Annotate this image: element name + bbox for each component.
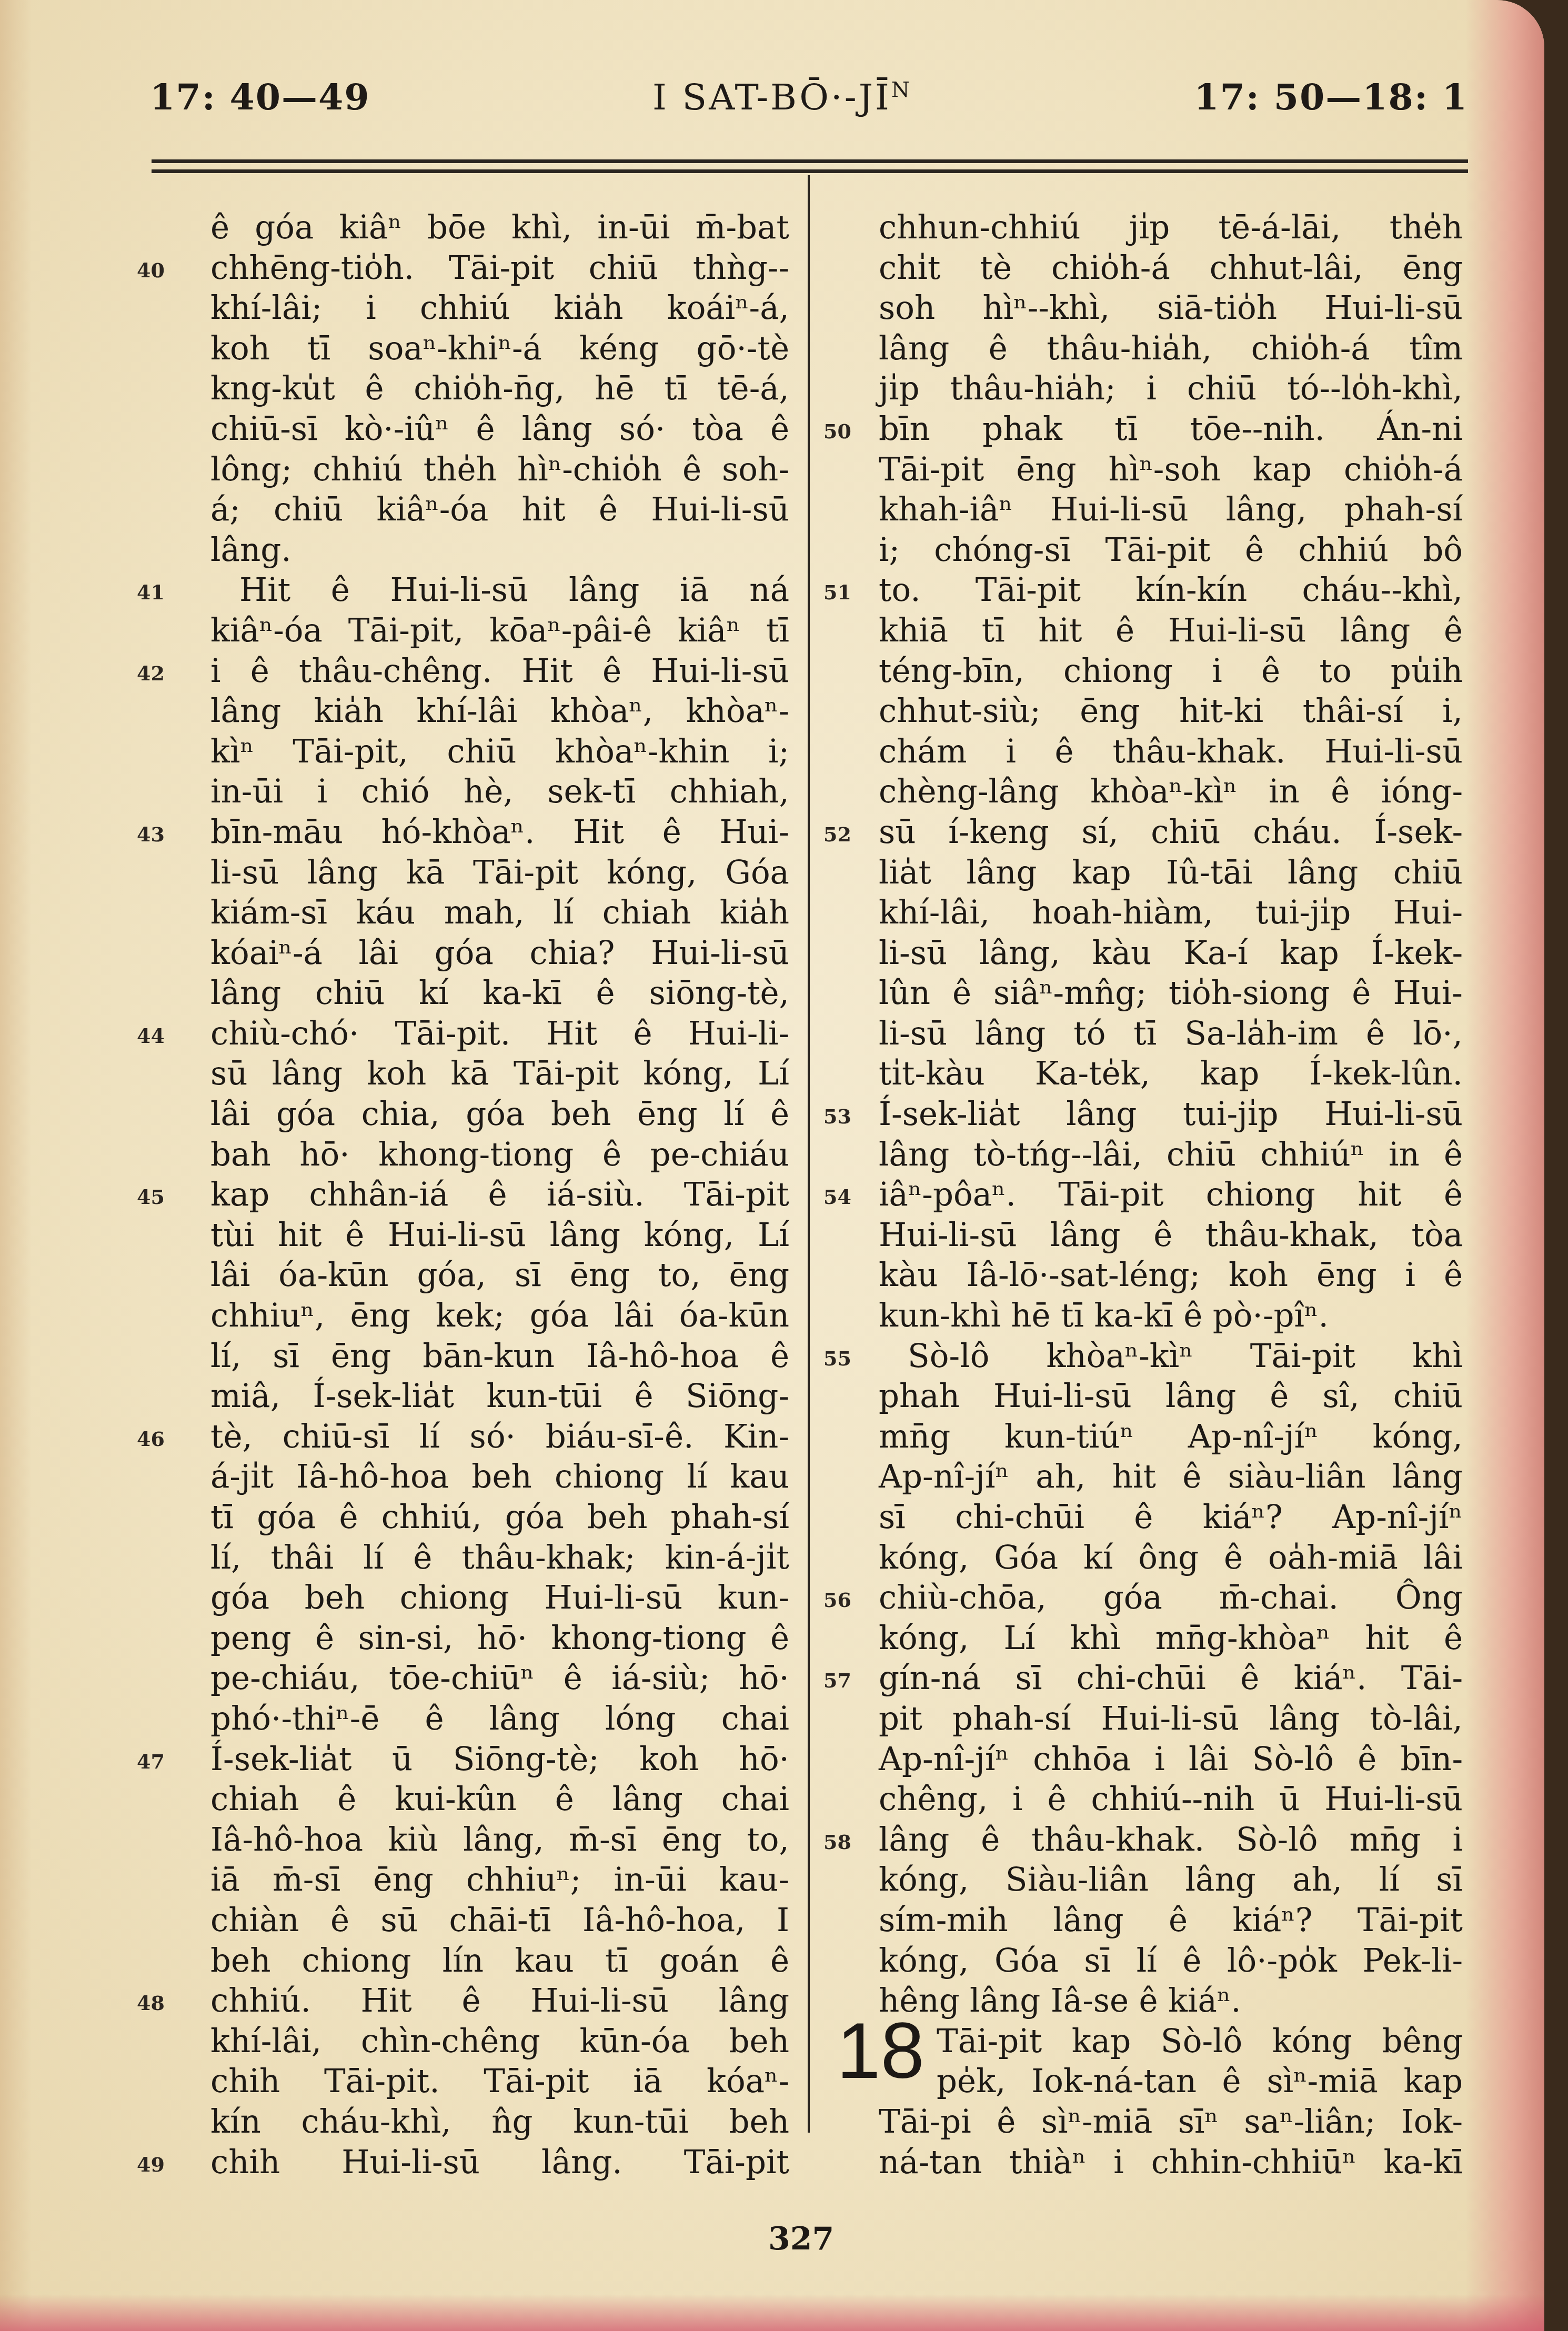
text-line: chiah ê kui-kûn ê lâng chai	[105, 1780, 789, 1820]
text-line: khiā tī hit ê Hui-li-sū lâng ê	[823, 611, 1463, 651]
text-line: 45kap chhân-iá ê iá-siù. Tāi-pit	[105, 1175, 789, 1215]
verse-text: kóaiⁿ-á lâi góa chia? Hui-li-sū	[210, 933, 789, 974]
text-line: 50bīn phak tī tōe--nih. Án-ni	[823, 409, 1463, 450]
left-text-column: ê góa kiâⁿ bōe khì, in-ūi m̄-bat40chhēng…	[105, 208, 789, 2183]
text-line: khí-lâi, hoah-hiàm, tui-ji̍p Hui-	[823, 893, 1463, 933]
text-line: soh hìⁿ--khì, siā-tio̍h Hui-li-sū	[823, 288, 1463, 329]
text-line: chhiuⁿ, ēng kek; góa lâi óa-kūn	[105, 1296, 789, 1337]
verse-text: gín-ná sī chi-chūi ê kiáⁿ. Tāi-	[879, 1659, 1463, 1699]
verse-text: lí, sī ēng bān-kun Iâ-hô-hoa ê	[210, 1337, 789, 1377]
verse-text: khí-lâi; i chhiú kia̍h koáiⁿ-á,	[210, 288, 789, 329]
text-line: 51to. Tāi-pit kín-kín cháu--khì,	[823, 570, 1463, 611]
text-line: Tāi-pit ēng hìⁿ-soh kap chio̍h-á	[823, 450, 1463, 490]
verse-text: ê góa kiâⁿ bōe khì, in-ūi m̄-bat	[210, 208, 789, 248]
text-line: 49chih Hui-li-sū lâng. Tāi-pit	[105, 2143, 789, 2183]
running-head-right-reference: 17: 50—18: 1	[1194, 76, 1468, 118]
verse-number: 47	[137, 1742, 174, 1782]
text-line: kiám-sī káu mah, lí chiah kia̍h	[105, 893, 789, 933]
running-head-book-title: I SAT-BŌ·-JĪN	[652, 77, 912, 118]
verse-text: chèng-lâng khòaⁿ-kìⁿ in ê ióng-	[879, 772, 1463, 812]
verse-text: sī chi-chūi ê kiáⁿ? Ap-nî-jíⁿ	[879, 1498, 1463, 1538]
verse-text: hêng lâng Iâ-se ê kiáⁿ.	[879, 1981, 1463, 2022]
text-line: lí, thâi lí ê thâu-khak; kin-á-ji̍t	[105, 1538, 789, 1579]
text-line: pe-chiáu, tōe-chiūⁿ ê iá-siù; hō·	[105, 1659, 789, 1699]
text-line: lûn ê siâⁿ-mn̂g; tio̍h-siong ê Hui-	[823, 973, 1463, 1014]
verse-text: bīn phak tī tōe--nih. Án-ni	[879, 409, 1463, 450]
verse-text: ti̍t-kàu Ka-te̍k, kap Í-kek-lûn.	[879, 1054, 1463, 1094]
verse-text: mn̄g kun-tiúⁿ Ap-nî-jíⁿ kóng,	[879, 1417, 1463, 1458]
verse-text: chhut-siù; ēng hit-ki thâi-sí i,	[879, 691, 1463, 732]
header-rule-top	[152, 159, 1468, 163]
text-line: koh tī soaⁿ-khiⁿ-á kéng gō·-tè	[105, 329, 789, 369]
text-line: Ap-nî-jíⁿ chhōa i lâi Sò-lô ê bīn-	[823, 1740, 1463, 1780]
verse-text: Hui-li-sū lâng ê thâu-khak, tòa	[879, 1215, 1463, 1256]
text-line: kóng, Góa kí ông ê oa̍h-miā lâi	[823, 1538, 1463, 1579]
text-line: kng-ku̍t ê chio̍h-n̄g, hē tī tē-á,	[105, 369, 789, 409]
text-line: lông; chhiú the̍h hìⁿ-chio̍h ê soh-	[105, 450, 789, 490]
text-line: lia̍t lâng kap Iû-tāi lâng chiū	[823, 853, 1463, 893]
verse-number: 43	[137, 815, 174, 855]
verse-text: kóng, Góa kí ông ê oa̍h-miā lâi	[879, 1538, 1463, 1579]
text-line: chèng-lâng khòaⁿ-kìⁿ in ê ióng-	[823, 772, 1463, 812]
text-line: kìⁿ Tāi-pit, chiū khòaⁿ-khin i;	[105, 732, 789, 772]
verse-text: chih Hui-li-sū lâng. Tāi-pit	[210, 2143, 789, 2183]
verse-number: 53	[823, 1097, 871, 1137]
text-line: kun-khì hē tī ka-kī ê pò·-pîⁿ.	[823, 1296, 1463, 1337]
text-line: peng ê sin-si, hō· khong-tiong ê	[105, 1619, 789, 1659]
verse-text: chiù-chōa, góa m̄-chai. Ông	[879, 1578, 1463, 1619]
text-line: ti̍t-kàu Ka-te̍k, kap Í-kek-lûn.	[823, 1054, 1463, 1094]
verse-text: chhiú. Hit ê Hui-li-sū lâng	[210, 1981, 789, 2022]
verse-text: chhun-chhiú ji̍p tē-á-lāi, the̍h	[879, 208, 1463, 248]
verse-text: kap chhân-iá ê iá-siù. Tāi-pit	[210, 1175, 789, 1215]
book-title-superscript: N	[891, 78, 912, 102]
text-line: lâng tò-tńg--lâi, chiū chhiúⁿ in ê	[823, 1135, 1463, 1175]
text-line: chi̍t tè chio̍h-á chhut-lâi, ēng	[823, 248, 1463, 289]
verse-text: chêng, i ê chhiú--nih ū Hui-li-sū	[879, 1780, 1463, 1820]
book-title-text: I SAT-BŌ·-JĪ	[652, 77, 891, 118]
verse-text: góa beh chiong Hui-li-sū kun-	[210, 1578, 789, 1619]
page-edge-stain-left	[0, 0, 32, 2331]
text-line: iā m̄-sī ēng chhiuⁿ; in-ūi kau-	[105, 1860, 789, 1901]
verse-number: 54	[823, 1177, 871, 1218]
text-line: chhut-siù; ēng hit-ki thâi-sí i,	[823, 691, 1463, 732]
verse-text: chhiuⁿ, ēng kek; góa lâi óa-kūn	[210, 1296, 789, 1337]
text-line: li-sū lâng, kàu Ka-í kap Í-kek-	[823, 933, 1463, 974]
verse-number: 40	[137, 250, 174, 291]
text-line: góa beh chiong Hui-li-sū kun-	[105, 1578, 789, 1619]
verse-text: pit phah-sí Hui-li-sū lâng tò-lâi,	[879, 1699, 1463, 1740]
text-line: li-sū lâng kā Tāi-pit kóng, Góa	[105, 853, 789, 893]
text-line: lâng chiū kí ka-kī ê siōng-tè,	[105, 973, 789, 1014]
verse-text: lâng.	[210, 530, 789, 571]
text-line: bah hō· khong-tiong ê pe-chiáu	[105, 1135, 789, 1175]
verse-text: khah-iâⁿ Hui-li-sū lâng, phah-sí	[879, 490, 1463, 530]
text-line: lâi óa-kūn góa, sī ēng to, ēng	[105, 1255, 789, 1296]
text-line: khí-lâi, chìn-chêng kūn-óa beh	[105, 2022, 789, 2062]
verse-text: téng-bīn, chiong i ê to pu̍ih	[879, 651, 1463, 692]
verse-text: kóng, Góa sī lí ê lô·-po̍k Pek-li-	[879, 1941, 1463, 1982]
verse-text: lia̍t lâng kap Iû-tāi lâng chiū	[879, 853, 1463, 893]
text-line: phó·-thiⁿ-ē ê lâng lóng chai	[105, 1699, 789, 1740]
verse-text: khiā tī hit ê Hui-li-sū lâng ê	[879, 611, 1463, 651]
verse-text: beh chiong lín kau tī goán ê	[210, 1941, 789, 1982]
text-line: 55Sò-lô khòaⁿ-kìⁿ Tāi-pit khì	[823, 1337, 1463, 1377]
verse-text: sū lâng koh kā Tāi-pit kóng, Lí	[210, 1054, 789, 1094]
verse-text: lûn ê siâⁿ-mn̂g; tio̍h-siong ê Hui-	[879, 973, 1463, 1014]
text-line: ê góa kiâⁿ bōe khì, in-ūi m̄-bat	[105, 208, 789, 248]
verse-text: phah Hui-li-sū lâng ê sî, chiū	[879, 1377, 1463, 1417]
verse-text: lâng ê thâu-khak. Sò-lô mn̄g i	[879, 1820, 1463, 1861]
text-line: kàu Iâ-lō·-sat-léng; koh ēng i ê	[823, 1255, 1463, 1296]
running-head-left-reference: 17: 40—49	[150, 76, 370, 118]
text-line: 48chhiú. Hit ê Hui-li-sū lâng	[105, 1981, 789, 2022]
text-line: in-ūi i chió hè, sek-tī chhiah,	[105, 772, 789, 812]
text-line: 58lâng ê thâu-khak. Sò-lô mn̄g i	[823, 1820, 1463, 1861]
text-line: chiū-sī kò·-iûⁿ ê lâng só· tòa ê	[105, 409, 789, 450]
verse-number: 55	[823, 1339, 871, 1379]
verse-text: Ap-nî-jíⁿ chhōa i lâi Sò-lô ê bīn-	[879, 1740, 1463, 1780]
text-line: kóng, Siàu-liân lâng ah, lí sī	[823, 1860, 1463, 1901]
verse-text: Tāi-pit kap Sò-lô kóng bêng	[937, 2022, 1463, 2062]
text-line: kóaiⁿ-á lâi góa chia? Hui-li-sū	[105, 933, 789, 974]
verse-text: li-sū lâng, kàu Ka-í kap Í-kek-	[879, 933, 1463, 974]
verse-text: á-ji̍t Iâ-hô-hoa beh chiong lí kau	[210, 1457, 789, 1498]
text-line: 52sū í-keng sí, chiū cháu. Í-sek-	[823, 812, 1463, 853]
verse-text: kàu Iâ-lō·-sat-léng; koh ēng i ê	[879, 1255, 1463, 1296]
text-line: kiâⁿ-óa Tāi-pit, kōaⁿ-pâi-ê kiâⁿ tī	[105, 611, 789, 651]
verse-number: 46	[137, 1419, 174, 1460]
verse-number: 44	[137, 1016, 174, 1057]
text-line: á-ji̍t Iâ-hô-hoa beh chiong lí kau	[105, 1457, 789, 1498]
text-line: mn̄g kun-tiúⁿ Ap-nî-jíⁿ kóng,	[823, 1417, 1463, 1458]
page-edge-stain-right	[1465, 0, 1544, 2331]
text-line: lí, sī ēng bān-kun Iâ-hô-hoa ê	[105, 1337, 789, 1377]
verse-text: Sò-lô khòaⁿ-kìⁿ Tāi-pit khì	[908, 1337, 1463, 1377]
verse-number: 56	[823, 1580, 871, 1621]
verse-text: lí, thâi lí ê thâu-khak; kin-á-ji̍t	[210, 1538, 789, 1579]
verse-text: kín cháu-khì, n̂g kun-tūi beh	[210, 2102, 789, 2143]
page-edge-stain-bottom	[0, 2294, 1544, 2331]
text-line: á; chiū kiâⁿ-óa hit ê Hui-li-sū	[105, 490, 789, 530]
verse-text: kóng, Siàu-liân lâng ah, lí sī	[879, 1860, 1463, 1901]
text-line: sím-mih lâng ê kiáⁿ? Tāi-pit	[823, 1901, 1463, 1941]
verse-text: ji̍p thâu-hia̍h; i chiū tó--lo̍h-khì,	[879, 369, 1463, 409]
text-line: tī góa ê chhiú, góa beh phah-sí	[105, 1498, 789, 1538]
text-line: i; chóng-sī Tāi-pit ê chhiú bô	[823, 530, 1463, 571]
verse-text: chi̍t tè chio̍h-á chhut-lâi, ēng	[879, 248, 1463, 289]
text-line: li-sū lâng tó tī Sa-la̍h-im ê lō·,	[823, 1014, 1463, 1054]
verse-text: ná-tan thiàⁿ i chhin-chhiūⁿ ka-kī	[879, 2143, 1463, 2183]
verse-text: chiū-sī kò·-iûⁿ ê lâng só· tòa ê	[210, 409, 789, 450]
verse-text: chiah ê kui-kûn ê lâng chai	[210, 1780, 789, 1820]
verse-text: chiù-chó· Tāi-pit. Hit ê Hui-li-	[210, 1014, 789, 1054]
verse-text: iā m̄-sī ēng chhiuⁿ; in-ūi kau-	[210, 1860, 789, 1901]
verse-text: soh hìⁿ--khì, siā-tio̍h Hui-li-sū	[879, 288, 1463, 329]
text-line: téng-bīn, chiong i ê to pu̍ih	[823, 651, 1463, 692]
verse-text: lâng tò-tńg--lâi, chiū chhiúⁿ in ê	[879, 1135, 1463, 1175]
verse-text: miâ, Í-sek-lia̍t kun-tūi ê Siōng-	[210, 1377, 789, 1417]
text-line: 40chhēng-tio̍h. Tāi-pit chiū thǹg--	[105, 248, 789, 289]
verse-text: lâng ê thâu-hia̍h, chio̍h-á tîm	[879, 329, 1463, 369]
verse-text: kóng, Lí khì mn̄g-khòaⁿ hit ê	[879, 1619, 1463, 1659]
text-line: phah Hui-li-sū lâng ê sî, chiū	[823, 1377, 1463, 1417]
chapter-number-drop: 18	[837, 2011, 924, 2090]
verse-text: Í-sek-lia̍t ū Siōng-tè; koh hō·	[210, 1740, 789, 1780]
verse-text: in-ūi i chió hè, sek-tī chhiah,	[210, 772, 789, 812]
text-line: Hui-li-sū lâng ê thâu-khak, tòa	[823, 1215, 1463, 1256]
text-line: chiàn ê sū chāi-tī Iâ-hô-hoa, I	[105, 1901, 789, 1941]
verse-text: phó·-thiⁿ-ē ê lâng lóng chai	[210, 1699, 789, 1740]
text-line: Iâ-hô-hoa kiù lâng, m̄-sī ēng to,	[105, 1820, 789, 1861]
verse-text: i ê thâu-chêng. Hit ê Hui-li-sū	[210, 651, 789, 692]
text-line: chih Tāi-pit. Tāi-pit iā kóaⁿ-	[105, 2062, 789, 2102]
verse-text: to. Tāi-pit kín-kín cháu--khì,	[879, 570, 1463, 611]
text-line: kóng, Lí khì mn̄g-khòaⁿ hit ê	[823, 1619, 1463, 1659]
verse-number: 51	[823, 572, 871, 613]
verse-text: lâng chiū kí ka-kī ê siōng-tè,	[210, 973, 789, 1014]
verse-number: 52	[823, 815, 871, 855]
text-line: ji̍p thâu-hia̍h; i chiū tó--lo̍h-khì,	[823, 369, 1463, 409]
right-text-column: chhun-chhiú ji̍p tē-á-lāi, the̍hchi̍t tè…	[823, 208, 1463, 2183]
text-line: sū lâng koh kā Tāi-pit kóng, Lí	[105, 1054, 789, 1094]
verse-text: lâi góa chia, góa beh ēng lí ê	[210, 1094, 789, 1135]
text-line: khah-iâⁿ Hui-li-sū lâng, phah-sí	[823, 490, 1463, 530]
verse-text: pe̍k, Iok-ná-tan ê sìⁿ-miā kap	[937, 2062, 1463, 2102]
verse-text: li-sū lâng tó tī Sa-la̍h-im ê lō·,	[879, 1014, 1463, 1054]
verse-text: bīn-māu hó-khòaⁿ. Hit ê Hui-	[210, 812, 789, 853]
page-number: 327	[768, 2221, 834, 2257]
text-line: 53Í-sek-lia̍t lâng tui-ji̍p Hui-li-sū	[823, 1094, 1463, 1135]
verse-number: 57	[823, 1661, 871, 1701]
verse-text: kiám-sī káu mah, lí chiah kia̍h	[210, 893, 789, 933]
verse-text: Tāi-pi ê sìⁿ-miā sīⁿ saⁿ-liân; Iok-	[879, 2102, 1463, 2143]
verse-text: sím-mih lâng ê kiáⁿ? Tāi-pit	[879, 1901, 1463, 1941]
verse-text: Í-sek-lia̍t lâng tui-ji̍p Hui-li-sū	[879, 1094, 1463, 1135]
text-line: 43bīn-māu hó-khòaⁿ. Hit ê Hui-	[105, 812, 789, 853]
verse-text: chhēng-tio̍h. Tāi-pit chiū thǹg--	[210, 248, 789, 289]
verse-text: kiâⁿ-óa Tāi-pit, kōaⁿ-pâi-ê kiâⁿ tī	[210, 611, 789, 651]
verse-text: sū í-keng sí, chiū cháu. Í-sek-	[879, 812, 1463, 853]
verse-text: li-sū lâng kā Tāi-pit kóng, Góa	[210, 853, 789, 893]
text-line: 56chiù-chōa, góa m̄-chai. Ông	[823, 1578, 1463, 1619]
text-line: Tāi-pi ê sìⁿ-miā sīⁿ saⁿ-liân; Iok-	[823, 2102, 1463, 2143]
text-line: kín cháu-khì, n̂g kun-tūi beh	[105, 2102, 789, 2143]
verse-text: Iâ-hô-hoa kiù lâng, m̄-sī ēng to,	[210, 1820, 789, 1861]
text-line: chêng, i ê chhiú--nih ū Hui-li-sū	[823, 1780, 1463, 1820]
verse-text: lâi óa-kūn góa, sī ēng to, ēng	[210, 1255, 789, 1296]
verse-text: chiàn ê sū chāi-tī Iâ-hô-hoa, I	[210, 1901, 789, 1941]
verse-number: 41	[137, 572, 174, 613]
verse-text: Hit ê Hui-li-sū lâng iā ná	[239, 570, 789, 611]
text-line: chhun-chhiú ji̍p tē-á-lāi, the̍h	[823, 208, 1463, 248]
verse-text: peng ê sin-si, hō· khong-tiong ê	[210, 1619, 789, 1659]
verse-text: koh tī soaⁿ-khiⁿ-á kéng gō·-tè	[210, 329, 789, 369]
verse-text: chám i ê thâu-khak. Hui-li-sū	[879, 732, 1463, 772]
text-line: chám i ê thâu-khak. Hui-li-sū	[823, 732, 1463, 772]
text-line: 42i ê thâu-chêng. Hit ê Hui-li-sū	[105, 651, 789, 692]
verse-number: 45	[137, 1177, 174, 1218]
verse-number: 58	[823, 1822, 871, 1863]
text-line: kóng, Góa sī lí ê lô·-po̍k Pek-li-	[823, 1941, 1463, 1982]
verse-text: Tāi-pit ēng hìⁿ-soh kap chio̍h-á	[879, 450, 1463, 490]
verse-text: tī góa ê chhiú, góa beh phah-sí	[210, 1498, 789, 1538]
text-line: Ap-nî-jíⁿ ah, hit ê siàu-liân lâng	[823, 1457, 1463, 1498]
text-line: pit phah-sí Hui-li-sū lâng tò-lâi,	[823, 1699, 1463, 1740]
text-line: lâng ê thâu-hia̍h, chio̍h-á tîm	[823, 329, 1463, 369]
verse-text: bah hō· khong-tiong ê pe-chiáu	[210, 1135, 789, 1175]
text-line: 44chiù-chó· Tāi-pit. Hit ê Hui-li-	[105, 1014, 789, 1054]
text-line: 46tè, chiū-sī lí só· biáu-sī-ê. Kin-	[105, 1417, 789, 1458]
verse-text: Ap-nî-jíⁿ ah, hit ê siàu-liân lâng	[879, 1457, 1463, 1498]
text-line: beh chiong lín kau tī goán ê	[105, 1941, 789, 1982]
text-line: lâi góa chia, góa beh ēng lí ê	[105, 1094, 789, 1135]
text-line: lâng kia̍h khí-lâi khòaⁿ, khòaⁿ-	[105, 691, 789, 732]
verse-text: iâⁿ-pôaⁿ. Tāi-pit chiong hit ê	[879, 1175, 1463, 1215]
verse-text: lông; chhiú the̍h hìⁿ-chio̍h ê soh-	[210, 450, 789, 490]
text-line: khí-lâi; i chhiú kia̍h koáiⁿ-á,	[105, 288, 789, 329]
verse-text: lâng kia̍h khí-lâi khòaⁿ, khòaⁿ-	[210, 691, 789, 732]
verse-text: tè, chiū-sī lí só· biáu-sī-ê. Kin-	[210, 1417, 789, 1458]
column-divider	[808, 175, 810, 2133]
text-line: 41Hit ê Hui-li-sū lâng iā ná	[105, 570, 789, 611]
verse-text: kng-ku̍t ê chio̍h-n̄g, hē tī tē-á,	[210, 369, 789, 409]
verse-number: 48	[137, 1983, 174, 2024]
text-line: ná-tan thiàⁿ i chhin-chhiūⁿ ka-kī	[823, 2143, 1463, 2183]
verse-text: khí-lâi, hoah-hiàm, tui-ji̍p Hui-	[879, 893, 1463, 933]
verse-text: tùi hit ê Hui-li-sū lâng kóng, Lí	[210, 1215, 789, 1256]
verse-text: pe-chiáu, tōe-chiūⁿ ê iá-siù; hō·	[210, 1659, 789, 1699]
verse-text: kun-khì hē tī ka-kī ê pò·-pîⁿ.	[879, 1296, 1463, 1337]
text-line: tùi hit ê Hui-li-sū lâng kóng, Lí	[105, 1215, 789, 1256]
header-rule-bottom	[152, 169, 1468, 173]
text-line: 57gín-ná sī chi-chūi ê kiáⁿ. Tāi-	[823, 1659, 1463, 1699]
verse-number: 49	[137, 2145, 174, 2185]
text-line: sī chi-chūi ê kiáⁿ? Ap-nî-jíⁿ	[823, 1498, 1463, 1538]
verse-text: á; chiū kiâⁿ-óa hit ê Hui-li-sū	[210, 490, 789, 530]
verse-number: 42	[137, 654, 174, 694]
verse-text: chih Tāi-pit. Tāi-pit iā kóaⁿ-	[210, 2062, 789, 2102]
text-line: lâng.	[105, 530, 789, 571]
text-line: 47Í-sek-lia̍t ū Siōng-tè; koh hō·	[105, 1740, 789, 1780]
verse-text: khí-lâi, chìn-chêng kūn-óa beh	[210, 2022, 789, 2062]
verse-text: i; chóng-sī Tāi-pit ê chhiú bô	[879, 530, 1463, 571]
text-line: miâ, Í-sek-lia̍t kun-tūi ê Siōng-	[105, 1377, 789, 1417]
scanned-bible-page: 17: 40—49 I SAT-BŌ·-JĪN 17: 50—18: 1 ê g…	[0, 0, 1544, 2331]
running-head: 17: 40—49 I SAT-BŌ·-JĪN 17: 50—18: 1	[150, 74, 1468, 121]
verse-number: 50	[823, 411, 871, 452]
verse-text: kìⁿ Tāi-pit, chiū khòaⁿ-khin i;	[210, 732, 789, 772]
text-line: 54iâⁿ-pôaⁿ. Tāi-pit chiong hit ê	[823, 1175, 1463, 1215]
